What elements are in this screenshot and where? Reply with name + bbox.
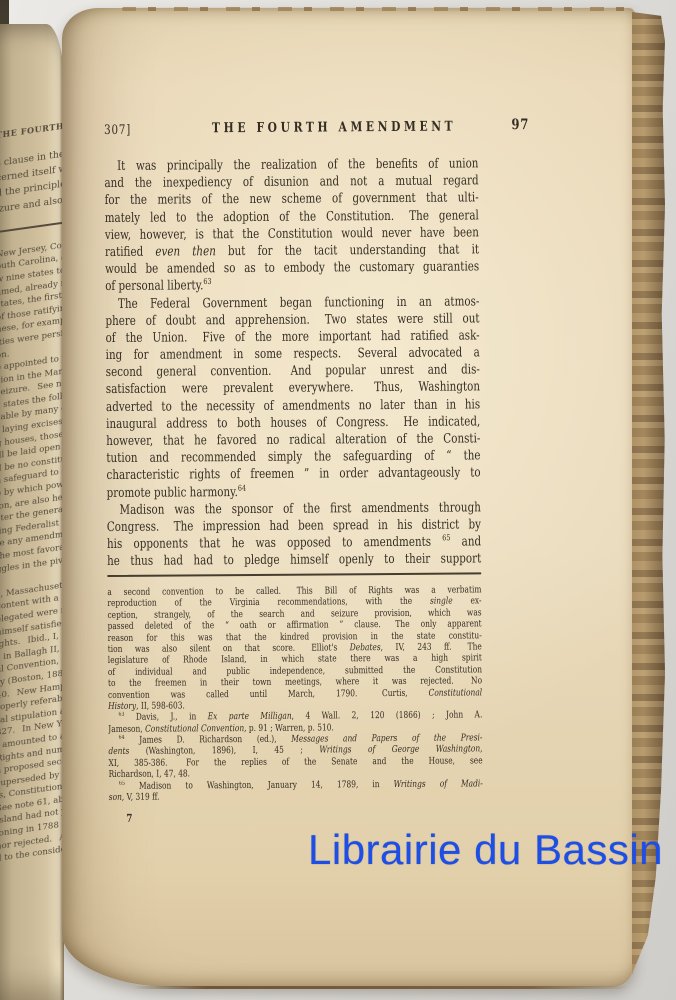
book-photo: THE FOURTH AMEN s clause in the Vcerned … [0,0,676,1000]
text-line: for the merits of the new scheme of gove… [105,190,479,210]
text-line: satisfaction were prevalent everywhere. … [106,379,480,399]
left-page: THE FOURTH AMEN s clause in the Vcerned … [0,24,64,1000]
bracket-folio: 307] [104,123,131,138]
text-line: The Federal Government began functioning… [105,293,479,313]
bookseller-watermark: Librairie du Bassin [308,826,663,874]
body-text: It was principally the realization of th… [104,155,481,570]
text-line: characteristic rights of freemen ” in or… [106,465,480,485]
signature-mark: 7 [126,812,132,825]
running-head: 307] THE FOURTH AMENDMENT 97 [104,115,478,140]
footnotes: a second convention to be called. This B… [107,584,483,803]
text-line: would be amended so as to embody the cus… [105,259,479,279]
left-page-footnote-rule [0,221,64,232]
printed-page-content: 307] THE FOURTH AMENDMENT 97 It was prin… [104,115,478,140]
page-title: THE FOURTH AMENDMENT [212,119,456,137]
page-number: 97 [511,116,529,133]
text-line: he thus had had to pledge himself openly… [107,551,481,571]
